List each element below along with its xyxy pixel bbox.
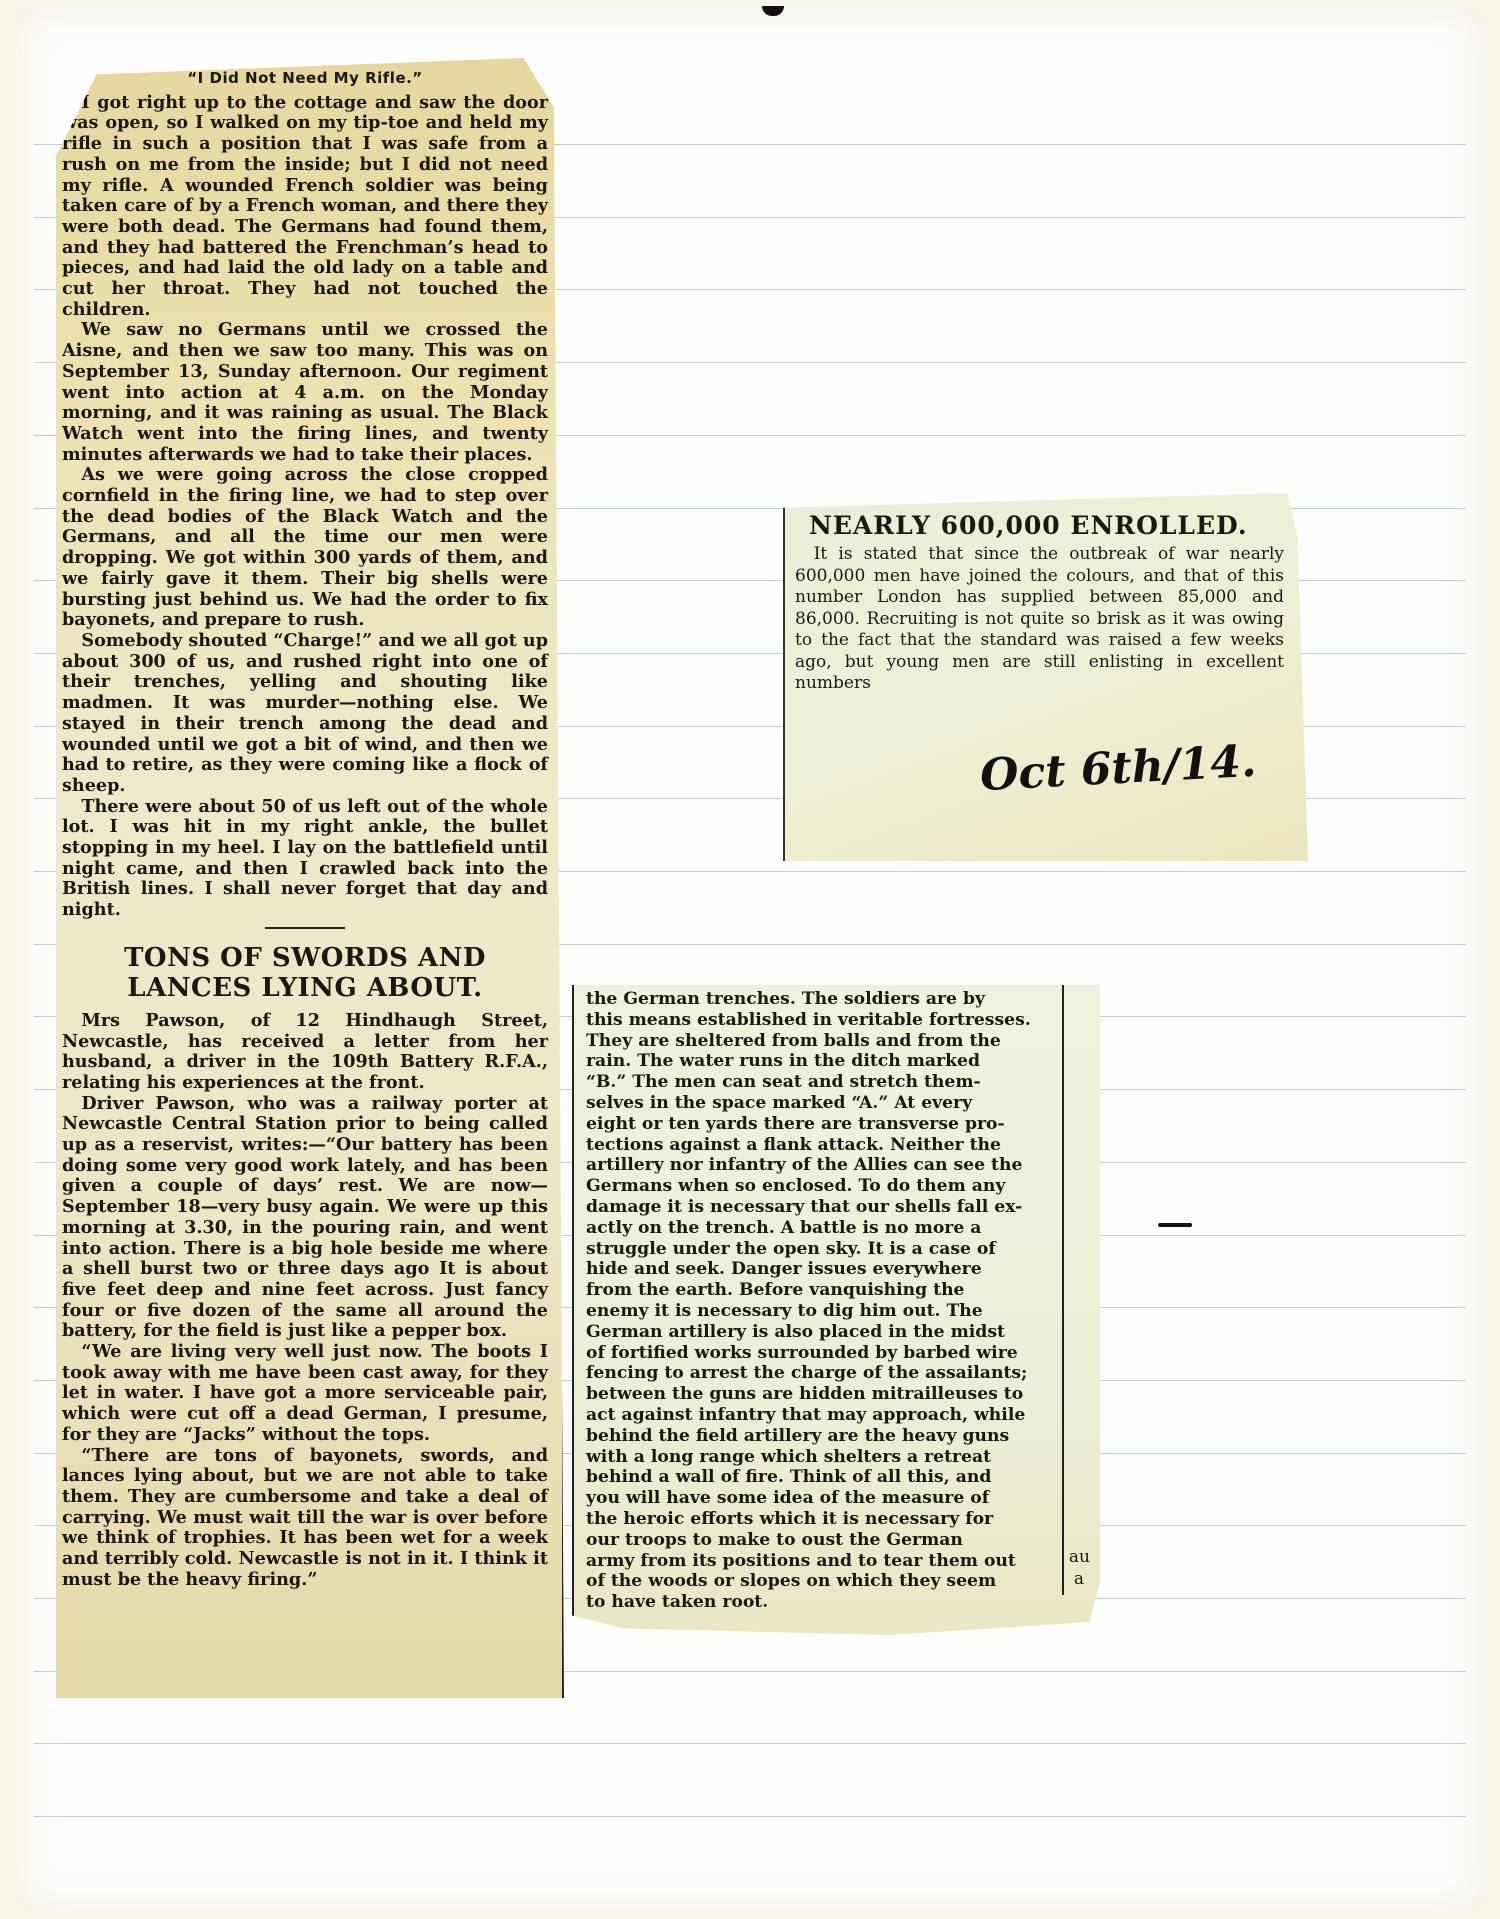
- text-line: of fortified works surrounded by barbed …: [586, 1343, 1054, 1364]
- paragraph: As we were going across the close croppe…: [62, 465, 548, 631]
- paragraph: There were about 50 of us left out of th…: [62, 797, 548, 921]
- adjacent-column-fragment: au: [1069, 1547, 1090, 1568]
- divider-rule: [265, 927, 345, 929]
- adjacent-column-fragment: a: [1074, 1569, 1084, 1590]
- text-line: act against infantry that may approach, …: [586, 1405, 1054, 1426]
- text-line: tections against a flank attack. Neither…: [586, 1135, 1054, 1156]
- text-line: you will have some idea of the measure o…: [586, 1488, 1054, 1509]
- text-line: enemy it is necessary to dig him out. Th…: [586, 1301, 1054, 1322]
- text-line: German artillery is also placed in the m…: [586, 1322, 1054, 1343]
- text-line: rain. The water runs in the ditch marked: [586, 1051, 1054, 1072]
- text-line: between the guns are hidden mitrailleuse…: [586, 1384, 1054, 1405]
- clipping-trenches: the German trenches. The soldiers are by…: [572, 985, 1100, 1635]
- column-rule: [1062, 985, 1064, 1595]
- text-line: this means established in veritable fort…: [586, 1010, 1054, 1031]
- handwritten-date: Oct 6th/14.: [979, 736, 1258, 801]
- clipping-body: I got right up to the cottage and saw th…: [62, 93, 548, 921]
- ink-mark: [1158, 1223, 1192, 1227]
- text-line: actly on the trench. A battle is no more…: [586, 1218, 1054, 1239]
- clipping-rifle-article: “I Did Not Need My Rifle.” I got right u…: [56, 58, 564, 1698]
- clipping-body-swords: Mrs Pawson, of 12 Hindhaugh Street, Newc…: [62, 1011, 548, 1591]
- text-line: behind the field artillery are the heavy…: [586, 1426, 1054, 1447]
- text-line: from the earth. Before vanquishing the: [586, 1280, 1054, 1301]
- paragraph: We saw no Germans until we crossed the A…: [62, 320, 548, 465]
- text-line: eight or ten yards there are transverse …: [586, 1114, 1054, 1135]
- clipping-body-trenches: the German trenches. The soldiers are by…: [586, 989, 1054, 1613]
- paragraph: Mrs Pawson, of 12 Hindhaugh Street, Newc…: [62, 1011, 548, 1094]
- ruled-line: [34, 1743, 1466, 1744]
- text-line: of the woods or slopes on which they see…: [586, 1571, 1054, 1592]
- paragraph: Somebody shouted “Charge!” and we all go…: [62, 631, 548, 797]
- text-line: damage it is necessary that our shells f…: [586, 1197, 1054, 1218]
- paragraph: “We are living very well just now. The b…: [62, 1342, 548, 1446]
- text-line: the heroic efforts which it is necessary…: [586, 1509, 1054, 1530]
- text-line: “B.” The men can seat and stretch them-: [586, 1072, 1054, 1093]
- text-line: artillery nor infantry of the Allies can…: [586, 1155, 1054, 1176]
- clipping-body-enrolled: It is stated that since the outbreak of …: [795, 544, 1284, 695]
- text-line: our troops to make to oust the German: [586, 1530, 1054, 1551]
- paragraph: Driver Pawson, who was a railway porter …: [62, 1094, 548, 1342]
- text-line: behind a wall of fire. Think of all this…: [586, 1467, 1054, 1488]
- text-line: hide and seek. Danger issues everywhere: [586, 1259, 1054, 1280]
- text-line: army from its positions and to tear them…: [586, 1551, 1054, 1572]
- clipping-headline-swords: TONS OF SWORDS AND LANCES LYING ABOUT.: [62, 943, 548, 1003]
- text-line: to have taken root.: [586, 1592, 1054, 1613]
- ruled-line: [34, 1816, 1466, 1817]
- text-line: Germans when so enclosed. To do them any: [586, 1176, 1054, 1197]
- text-line: struggle under the open sky. It is a cas…: [586, 1239, 1054, 1260]
- text-line: with a long range which shelters a retre…: [586, 1447, 1054, 1468]
- text-line: the German trenches. The soldiers are by: [586, 989, 1054, 1010]
- paragraph: “There are tons of bayonets, swords, and…: [62, 1446, 548, 1591]
- text-line: They are sheltered from balls and from t…: [586, 1031, 1054, 1052]
- clipping-enrolled: NEARLY 600,000 ENROLLED. It is stated th…: [783, 493, 1308, 861]
- binding-hole: [762, 6, 784, 16]
- clipping-headline-enrolled: NEARLY 600,000 ENROLLED.: [809, 511, 1284, 540]
- text-line: selves in the space marked “A.” At every: [586, 1093, 1054, 1114]
- paragraph: I got right up to the cottage and saw th…: [62, 93, 548, 321]
- text-line: fencing to arrest the charge of the assa…: [586, 1363, 1054, 1384]
